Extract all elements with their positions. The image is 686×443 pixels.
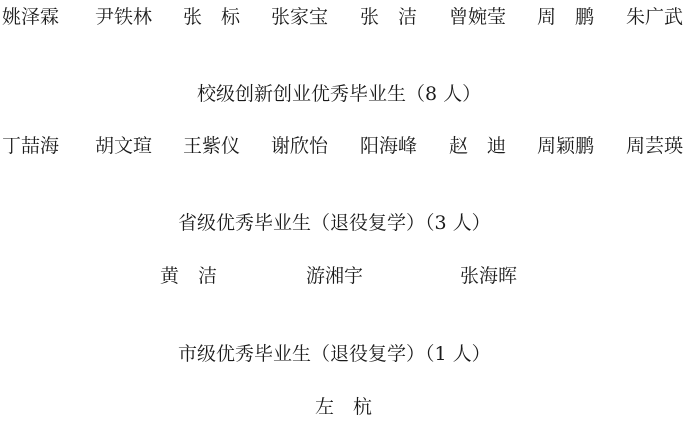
name-item: 尹铁林 [95,8,152,27]
name-item: 左 杭 [315,398,372,417]
section-heading-provincial-veteran: 省级优秀毕业生（退役复学）（3 人） [178,214,491,233]
name-item: 张家宝 [271,8,328,27]
section-heading-city-veteran: 市级优秀毕业生（退役复学）（1 人） [178,345,491,364]
name-item: 朱广武 [626,8,683,27]
name-item: 周芸瑛 [626,137,683,156]
name-item: 丁喆海 [2,137,59,156]
name-item: 谢欣怡 [271,137,328,156]
name-item: 黄 洁 [160,267,217,286]
name-item: 姚泽霖 [2,8,59,27]
name-item: 曾婉莹 [449,8,506,27]
name-item: 胡文瑄 [95,137,152,156]
name-item: 张 洁 [360,8,417,27]
name-item: 张 标 [183,8,240,27]
section-heading-school-innovation: 校级创新创业优秀毕业生（8 人） [197,85,481,104]
name-item: 游湘宇 [306,267,363,286]
name-item: 阳海峰 [360,137,417,156]
name-item: 王紫仪 [183,137,240,156]
name-item: 赵 迪 [449,137,506,156]
name-item: 周颖鹏 [537,137,594,156]
name-item: 周 鹏 [537,8,594,27]
name-item: 张海晖 [460,267,517,286]
